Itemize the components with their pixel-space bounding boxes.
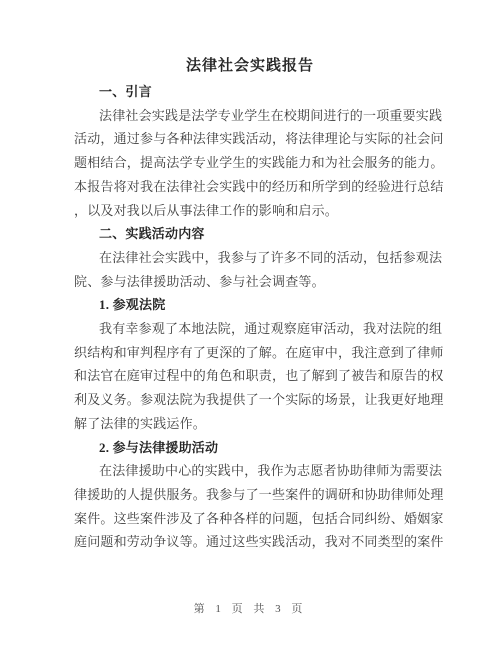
text-line: 案件。这些案件涉及了各种各样的问题，包括合同纠纷、婚姻家 [74, 507, 426, 531]
section-heading: 一、引言 [74, 80, 426, 104]
section-heading: 二、实践活动内容 [74, 222, 426, 246]
text-line: 利及义务。参观法院为我提供了一个实际的场景，让我更好地理 [74, 388, 426, 412]
text-line: 在法律社会实践中，我参与了许多不同的活动，包括参观法 [74, 246, 426, 270]
text-line: 本报告将对我在法律社会实践中的经历和所学到的经验进行总结 [74, 175, 426, 199]
text-line: 和法官在庭审过程中的角色和职责，也了解到了被告和原告的权 [74, 364, 426, 388]
page-footer: 第 1 页 共 3 页 [0, 601, 500, 617]
text-line: ，以及对我以后从事法律工作的影响和启示。 [74, 199, 426, 223]
text-line: 庭问题和劳动争议等。通过这些实践活动，我对不同类型的案件 [74, 530, 426, 554]
document-body: 一、引言法律社会实践是法学专业学生在校期间进行的一项重要实践活动，通过参与各种法… [74, 80, 426, 554]
section-heading: 2. 参与法律援助活动 [74, 436, 426, 460]
text-line: 院、参与法律援助活动、参与社会调查等。 [74, 270, 426, 294]
page-number-label: 第 1 页 共 3 页 [194, 603, 307, 615]
document-title: 法律社会实践报告 [0, 56, 500, 76]
text-line: 律援助的人提供服务。我参与了一些案件的调研和协助律师处理 [74, 483, 426, 507]
text-line: 活动，通过参与各种法律实践活动，将法律理论与实际的社会问 [74, 127, 426, 151]
document-page: 法律社会实践报告 一、引言法律社会实践是法学专业学生在校期间进行的一项重要实践活… [0, 0, 500, 647]
text-line: 织结构和审判程序有了更深的了解。在庭审中，我注意到了律师 [74, 341, 426, 365]
text-line: 在法律援助中心的实践中，我作为志愿者协助律师为需要法 [74, 459, 426, 483]
text-line: 我有幸参观了本地法院，通过观察庭审活动，我对法院的组 [74, 317, 426, 341]
text-line: 题相结合，提高法学专业学生的实践能力和为社会服务的能力。 [74, 151, 426, 175]
text-line: 解了法律的实践运作。 [74, 412, 426, 436]
section-heading: 1. 参观法院 [74, 293, 426, 317]
text-line: 法律社会实践是法学专业学生在校期间进行的一项重要实践 [74, 104, 426, 128]
